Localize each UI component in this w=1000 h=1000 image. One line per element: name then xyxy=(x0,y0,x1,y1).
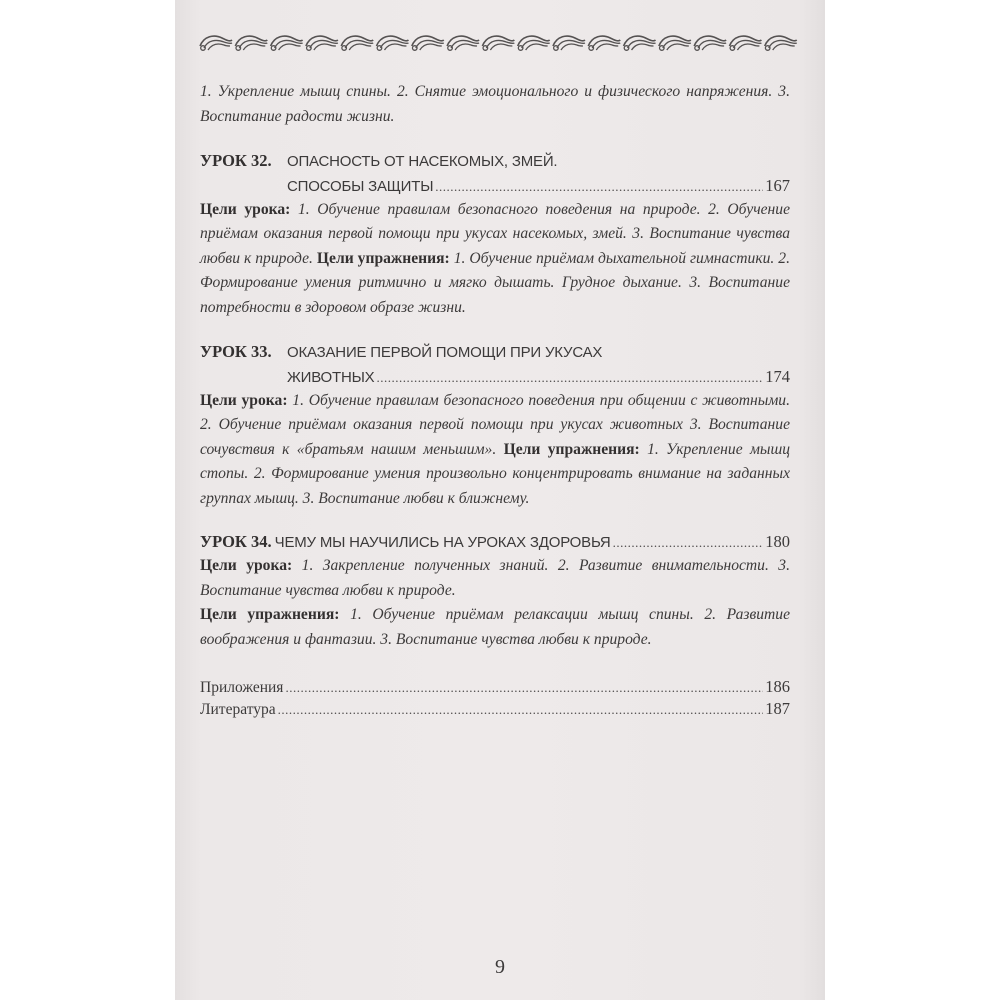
dot-leader xyxy=(377,367,764,389)
exercise-goals-label: Цели упражнения: xyxy=(317,250,450,267)
lesson-title-line1: ОКАЗАНИЕ ПЕРВОЙ ПОМОЩИ ПРИ УКУСАХ xyxy=(287,341,602,366)
lesson-number: УРОК 33. xyxy=(200,340,287,365)
lesson-number: УРОК 34. xyxy=(200,531,272,553)
lesson-title: ЧЕМУ МЫ НАУЧИЛИСЬ НА УРОКАХ ЗДОРОВЬЯ xyxy=(275,532,611,554)
dot-leader xyxy=(435,176,763,198)
lesson-number: УРОК 32. xyxy=(200,149,287,174)
lesson-goals-label: Цели урока: xyxy=(200,557,292,574)
dot-leader xyxy=(285,677,763,698)
lesson-title-line1: ОПАСНОСТЬ ОТ НАСЕКОМЫХ, ЗМЕЙ. xyxy=(287,150,557,175)
page-ref: 180 xyxy=(765,531,790,553)
page-ref: 167 xyxy=(765,175,790,197)
page-ref: 187 xyxy=(765,698,790,719)
dot-leader xyxy=(613,532,764,554)
wave-ornament-border-icon xyxy=(198,30,798,54)
intro-exercise-goals: 1. Укрепление мышц спины. 2. Снятие эмоц… xyxy=(200,80,790,129)
page-ref: 174 xyxy=(765,366,790,388)
toc-entry-appendix[interactable]: Приложения 186 xyxy=(200,676,790,698)
toc-entry-lesson-32[interactable]: УРОК 32. ОПАСНОСТЬ ОТ НАСЕКОМЫХ, ЗМЕЙ. С… xyxy=(200,149,790,198)
toc-label: Литература xyxy=(200,699,276,720)
page-number: 9 xyxy=(175,956,825,979)
table-of-contents: 1. Укрепление мышц спины. 2. Снятие эмоц… xyxy=(200,80,790,720)
dot-leader xyxy=(278,699,764,720)
book-page: 1. Укрепление мышц спины. 2. Снятие эмоц… xyxy=(175,0,825,1000)
toc-entry-lesson-34[interactable]: УРОК 34. ЧЕМУ МЫ НАУЧИЛИСЬ НА УРОКАХ ЗДО… xyxy=(200,531,790,554)
lesson-goals-label: Цели урока: xyxy=(200,201,290,218)
lesson-title-line2: ЖИВОТНЫХ xyxy=(287,367,375,389)
lesson-title-line2: СПОСОБЫ ЗАЩИТЫ xyxy=(287,176,433,198)
page-ref: 186 xyxy=(765,676,790,697)
toc-entry-literature[interactable]: Литература 187 xyxy=(200,698,790,720)
toc-label: Приложения xyxy=(200,677,283,698)
toc-entry-lesson-33[interactable]: УРОК 33. ОКАЗАНИЕ ПЕРВОЙ ПОМОЩИ ПРИ УКУС… xyxy=(200,340,790,389)
exercise-goals-label: Цели упражнения: xyxy=(504,441,640,458)
lesson-goals-label: Цели урока: xyxy=(200,392,288,409)
exercise-goals-label: Цели упражнения: xyxy=(200,606,339,623)
